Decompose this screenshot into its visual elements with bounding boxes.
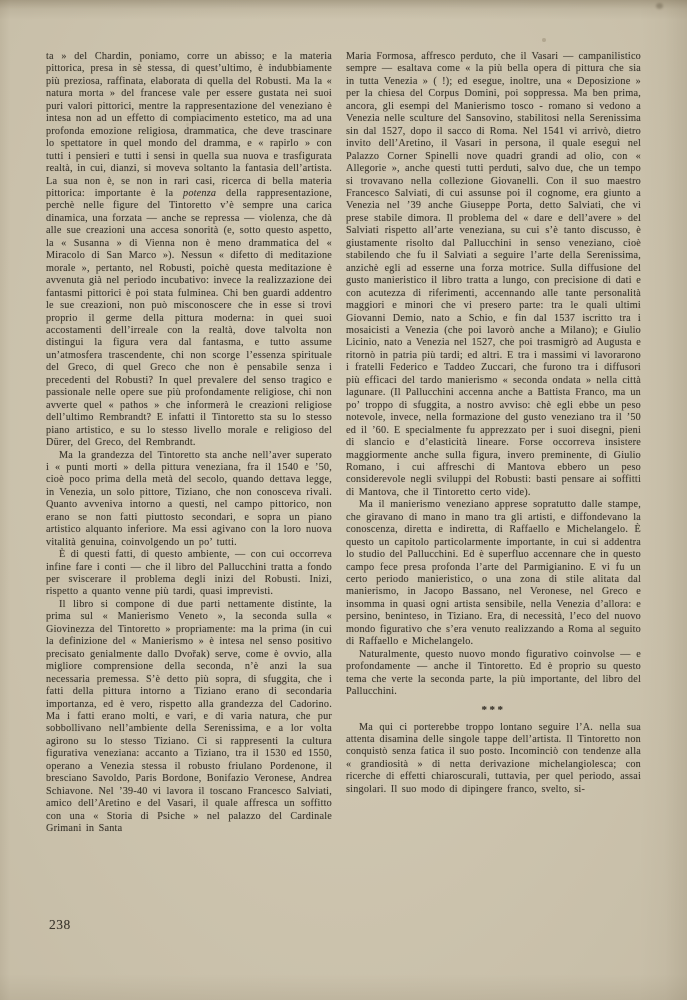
text-column-right: Maria Formosa, affresco perduto, che il … bbox=[346, 51, 641, 796]
paragraph: Naturalmente, questo nuovo mondo figurat… bbox=[346, 649, 641, 699]
text-column-left: ta » del Chardin, poniamo, corre un abis… bbox=[46, 51, 332, 836]
paragraph: È di questi fatti, di questo ambiente, —… bbox=[46, 549, 332, 599]
paragraph: Ma qui ci porterebbe troppo lontano segu… bbox=[346, 722, 641, 797]
scan-smudge bbox=[656, 3, 663, 9]
book-page: ta » del Chardin, poniamo, corre un abis… bbox=[0, 0, 687, 1000]
paragraph: ta » del Chardin, poniamo, corre un abis… bbox=[46, 51, 332, 450]
page-number: 238 bbox=[49, 917, 71, 933]
paragraph: Ma la grandezza del Tintoretto sta anche… bbox=[46, 450, 332, 550]
paper-speck bbox=[542, 38, 546, 42]
paragraph: Ma il manierismo veneziano apprese sopra… bbox=[346, 499, 641, 648]
paragraph: Maria Formosa, affresco perduto, che il … bbox=[346, 51, 641, 499]
paragraph: Il libro si compone di due parti nettame… bbox=[46, 599, 332, 836]
section-separator: *** bbox=[346, 704, 641, 716]
